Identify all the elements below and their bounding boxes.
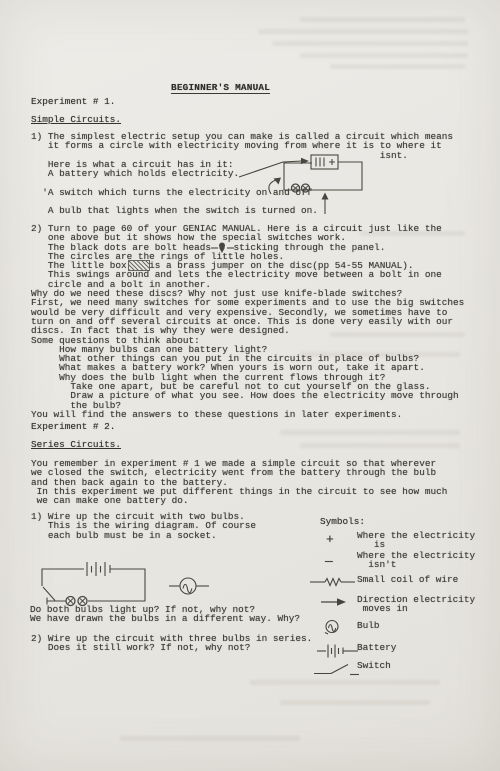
legend-label: Direction electricity moves in <box>357 595 475 614</box>
series-circuits-heading: Series Circuits. <box>31 440 121 449</box>
experiment-2-heading: Experiment # 2. <box>31 422 115 431</box>
exp2-intro: You remember in experiment # 1 we made a… <box>31 459 447 505</box>
bleedthrough-mark <box>258 29 468 34</box>
bleedthrough-mark <box>280 700 430 705</box>
minus-icon: — <box>325 557 333 567</box>
bleedthrough-mark <box>330 64 465 69</box>
battery-icon <box>317 643 359 659</box>
bleedthrough-mark <box>272 41 468 46</box>
bleedthrough-mark <box>120 736 300 741</box>
plus-icon: + <box>326 535 334 545</box>
bleedthrough-mark <box>300 53 468 58</box>
bleedthrough-mark <box>280 430 460 435</box>
coil-icon <box>310 576 356 587</box>
exp1-paragraph-1: 1) The simplest electric setup you can m… <box>31 132 453 216</box>
bulb-inline-symbol <box>169 578 209 594</box>
page-title: BEGINNER'S MANUAL <box>171 83 270 94</box>
exp2-question-1: 1) Wire up the circuit with two bulbs. T… <box>31 512 256 540</box>
bleedthrough-mark <box>250 680 440 685</box>
exp1-paragraph-2: 2) Turn to page 60 of your GENIAC MANUAL… <box>31 224 464 419</box>
bleedthrough-mark <box>300 443 460 448</box>
arrow-icon <box>321 597 347 607</box>
legend-label: Bulb <box>357 621 380 630</box>
legend-label: Switch <box>357 661 391 670</box>
legend-label: Small coil of wire <box>357 575 458 584</box>
simple-circuits-heading: Simple Circuits. <box>31 115 121 124</box>
switch-icon <box>314 662 360 676</box>
experiment-1-heading: Experiment # 1. <box>31 97 115 106</box>
symbols-heading: Symbols: <box>320 517 365 526</box>
bleedthrough-mark <box>300 17 465 22</box>
bulb-icon <box>323 618 341 636</box>
legend-label: Battery <box>357 643 396 652</box>
exp2-diagram-questions: Do both bulbs light up? If not, why not?… <box>30 605 300 624</box>
exp2-question-2: 2) Wire up the circuit with three bulbs … <box>31 634 312 653</box>
scanned-page: BEGINNER'S MANUAL Experiment # 1. Simple… <box>0 0 500 771</box>
legend-label: Where the electricity is <box>357 531 475 550</box>
legend-label: Where the electricity isn't <box>357 551 475 570</box>
brass-jumper-box-glyph <box>128 260 150 271</box>
wiring-diagram-2 <box>42 562 145 606</box>
